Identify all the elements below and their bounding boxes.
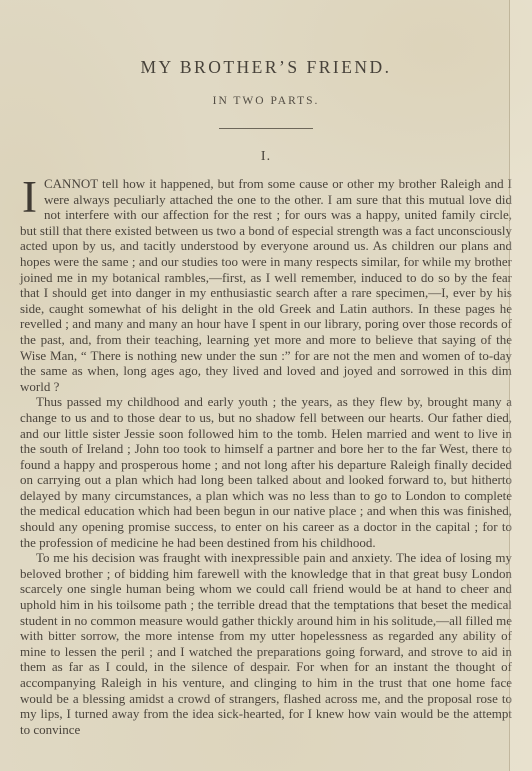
- paragraph-1-text: CANNOT tell how it happened, but from so…: [20, 176, 512, 394]
- body-text: ICANNOT tell how it happened, but from s…: [0, 165, 532, 737]
- section-number: I.: [0, 129, 532, 165]
- dropcap-letter: I: [20, 176, 44, 216]
- paragraph-1: ICANNOT tell how it happened, but from s…: [20, 176, 512, 394]
- page-edge-strip: [510, 0, 532, 771]
- paragraph-2-text: Thus passed my childhood and early youth…: [20, 394, 512, 549]
- scanned-page: MY BROTHER’S FRIEND. IN TWO PARTS. I. IC…: [0, 0, 532, 771]
- page-title: MY BROTHER’S FRIEND.: [0, 0, 532, 78]
- page-subtitle: IN TWO PARTS.: [0, 78, 532, 107]
- paragraph-3-text: To me his decision was fraught with inex…: [20, 550, 512, 737]
- paragraph-3: To me his decision was fraught with inex…: [20, 550, 512, 737]
- paragraph-2: Thus passed my childhood and early youth…: [20, 394, 512, 550]
